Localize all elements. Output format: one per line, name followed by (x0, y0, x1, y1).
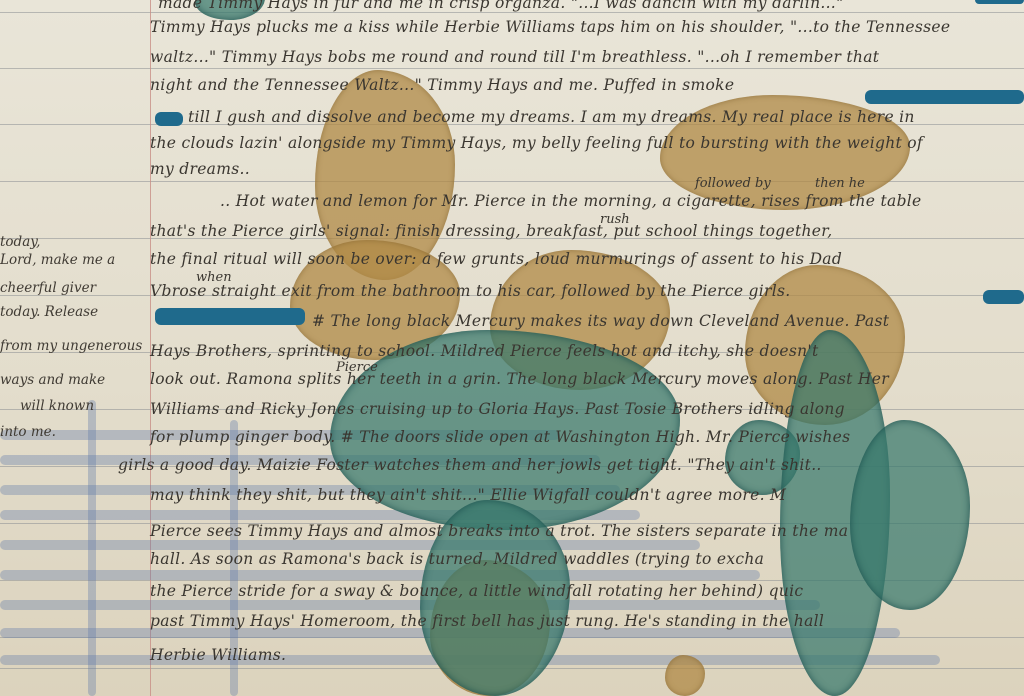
manuscript-line: look out. Ramona splits her teeth in a g… (150, 370, 889, 388)
manuscript-line: Pierce sees Timmy Hays and almost breaks… (150, 522, 848, 540)
margin-note: into me. (0, 424, 56, 440)
manuscript-line: girls a good day. Maizie Foster watches … (118, 456, 822, 474)
manuscript-line: waltz..." Timmy Hays bobs me round and r… (150, 48, 879, 66)
manuscript-line: made Timmy Hays in fur and me in crisp o… (158, 0, 843, 12)
blue-marker-mark (975, 0, 1024, 4)
margin-note: cheerful giver (0, 280, 96, 296)
margin-note: ways and make (0, 372, 105, 388)
pencil-scribble (0, 600, 820, 610)
blue-marker-mark (865, 90, 1024, 104)
ink-stain (850, 420, 970, 610)
pencil-scribble (0, 570, 760, 580)
manuscript-line: night and the Tennessee Waltz..." Timmy … (150, 76, 734, 94)
manuscript-line: that's the Pierce girls' signal: finish … (150, 222, 832, 240)
blue-marker-mark (155, 308, 305, 325)
manuscript-line: Williams and Ricky Jones cruising up to … (150, 400, 845, 418)
margin-note: today. Release (0, 304, 98, 320)
manuscript-line: the clouds lazin' alongside my Timmy Hay… (150, 134, 923, 152)
manuscript-line: till I gush and dissolve and become my d… (188, 108, 915, 126)
margin-note: Lord, make me a (0, 252, 115, 268)
manuscript-line: Timmy Hays plucks me a kiss while Herbie… (150, 18, 950, 36)
rule-line (0, 12, 1024, 13)
insert-pierce: Pierce (336, 360, 378, 375)
manuscript-line: Hays Brothers, sprinting to school. Mild… (150, 342, 819, 360)
manuscript-line: .. Hot water and lemon for Mr. Pierce in… (220, 192, 922, 210)
manuscript-line: may think they shit, but they ain't shit… (150, 486, 786, 504)
manuscript-line: the final ritual will soon be over: a fe… (150, 250, 842, 268)
margin-note: today, (0, 234, 40, 250)
rule-line (0, 68, 1024, 69)
insert-then-he: then he (815, 176, 865, 191)
manuscript-line: for plump ginger body. # The doors slide… (150, 428, 850, 446)
manuscript-line: my dreams.. (150, 160, 250, 178)
manuscript-line: the Pierce stride for a sway & bounce, a… (150, 582, 803, 600)
insert-followed-by: followed by (695, 176, 771, 191)
insert-when: when (196, 270, 232, 285)
coffee-stain (665, 655, 705, 696)
margin-note: will known (20, 398, 94, 414)
manuscript-page: made Timmy Hays in fur and me in crisp o… (0, 0, 1024, 696)
manuscript-line: # The long black Mercury makes its way d… (312, 312, 889, 330)
pencil-scribble (88, 400, 96, 696)
blue-marker-mark (983, 290, 1024, 304)
manuscript-line: Vbrose straight exit from the bathroom t… (150, 282, 790, 300)
margin-note: from my ungenerous (0, 338, 142, 354)
pencil-scribble (0, 540, 700, 550)
manuscript-line: past Timmy Hays' Homeroom, the first bel… (150, 612, 824, 630)
manuscript-line: hall. As soon as Ramona's back is turned… (150, 550, 764, 568)
insert-rush: rush (600, 212, 630, 227)
blue-marker-mark (155, 112, 183, 126)
manuscript-line: Herbie Williams. (150, 646, 286, 664)
